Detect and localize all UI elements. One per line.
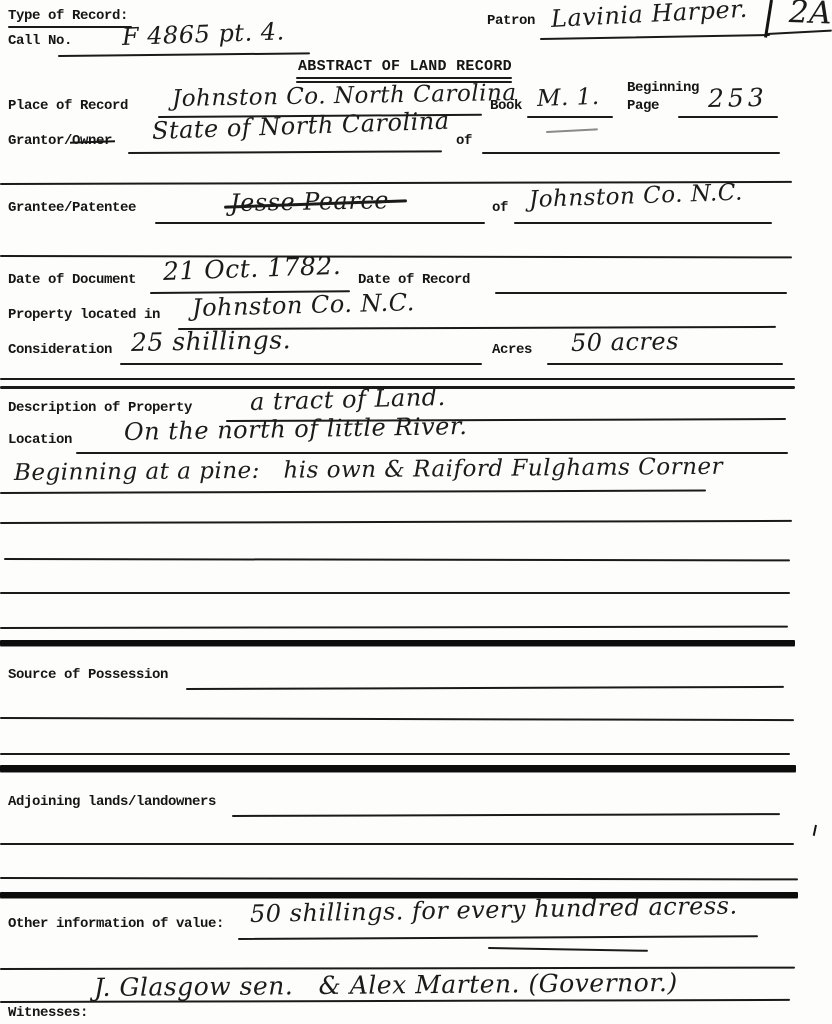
divider-line [0, 378, 795, 380]
blank-rule-line [0, 843, 794, 845]
call-no-value: F 4865 pt. 4. [122, 17, 286, 51]
beginning-page-label-bottom: Page [627, 98, 659, 115]
beginning-page-line [678, 116, 778, 118]
blank-rule-line [0, 753, 790, 755]
land-record-form: Type of Record: Call No. F 4865 pt. 4. P… [0, 0, 832, 1024]
source-of-possession-label: Source of Possession [8, 667, 168, 684]
other-information-label: Other information of value: [8, 916, 224, 933]
blank-rule-line [0, 592, 790, 594]
patron-value: Lavinia Harper. [550, 0, 748, 33]
grantee-value: Jesse Pearce [230, 186, 389, 217]
grantor-line [128, 150, 442, 154]
grantor-of-label: of [456, 133, 472, 150]
adjoining-lands-label: Adjoining lands/landowners [8, 794, 216, 811]
property-located-in-value: Johnston Co. N.C. [192, 288, 416, 322]
type-of-record-label: Type of Record: [8, 8, 128, 25]
call-no-label: Call No. [8, 33, 72, 50]
grantee-of-line [514, 222, 772, 224]
blank-rule-line [4, 558, 790, 561]
book-line [527, 116, 613, 118]
date-of-record-label: Date of Record [358, 272, 470, 289]
consideration-label: Consideration [8, 342, 112, 359]
source-of-possession-line [186, 686, 784, 690]
grantor-label-owner-struck: Owner [72, 133, 112, 150]
beginning-page-label-top: Beginning [627, 80, 699, 97]
witnesses-value: J. Glasgow sen. & Alex Marten. (Governor… [94, 968, 678, 1002]
grantor-label-prefix: Grantor/ [8, 133, 72, 149]
grantee-label: Grantee/Patentee [8, 200, 136, 217]
stray-pen-mark [813, 825, 817, 836]
grantee-of-label: of [492, 200, 508, 217]
consideration-value: 25 shillings. [131, 325, 292, 357]
adjoining-lands-line [232, 813, 780, 817]
location-label: Location [8, 432, 72, 449]
book-value: M. 1. [537, 84, 600, 112]
title-underline-1 [296, 77, 512, 79]
consideration-line [120, 363, 482, 365]
date-of-document-value: 21 Oct. 1782. [162, 251, 341, 286]
location-value: On the north of little River. [124, 412, 468, 446]
beginning-page-value: 253 [708, 83, 768, 113]
divider-line [0, 255, 792, 258]
blank-rule-line [0, 877, 798, 880]
other-information-line [238, 935, 758, 940]
patron-label: Patron [487, 13, 535, 30]
form-title: ABSTRACT OF LAND RECORD [298, 58, 512, 76]
place-of-record-value: Johnston Co. North Carolina [172, 80, 517, 112]
property-located-in-label: Property located in [8, 307, 160, 324]
grantee-line [155, 222, 485, 224]
date-of-document-label: Date of Document [8, 272, 136, 289]
place-of-record-label: Place of Record [8, 98, 128, 115]
acres-line [547, 363, 783, 365]
grantor-value: State of North Carolina [152, 107, 450, 145]
call-no-line [58, 52, 310, 57]
type-of-record-underline [8, 26, 132, 28]
description-of-property-label: Description of Property [8, 400, 192, 417]
grantee-of-value: Johnston Co. N.C. [529, 180, 744, 213]
grantor-label: Grantor/Owner [8, 133, 112, 150]
grantor-of-pen-mark [546, 128, 598, 133]
heavy-divider-line [0, 640, 795, 646]
acres-value: 50 acres [571, 327, 679, 357]
description-of-property-value: a tract of Land. [250, 383, 446, 416]
acres-label: Acres [492, 342, 532, 359]
blank-rule-line [0, 717, 794, 721]
patron-line [540, 34, 770, 40]
other-information-extra-line [488, 947, 648, 952]
date-of-record-line [495, 292, 787, 294]
blank-rule-line [0, 626, 788, 629]
grantor-of-line [482, 152, 780, 154]
book-label: Book [490, 98, 522, 115]
blank-rule-line [0, 520, 792, 524]
location-continuation-line [0, 490, 706, 494]
corner-mark: 2A [788, 0, 832, 31]
witnesses-label: Witnesses: [8, 1005, 88, 1022]
location-continuation: Beginning at a pine: his own & Raiford F… [14, 454, 723, 486]
heavy-divider-line [0, 765, 796, 772]
